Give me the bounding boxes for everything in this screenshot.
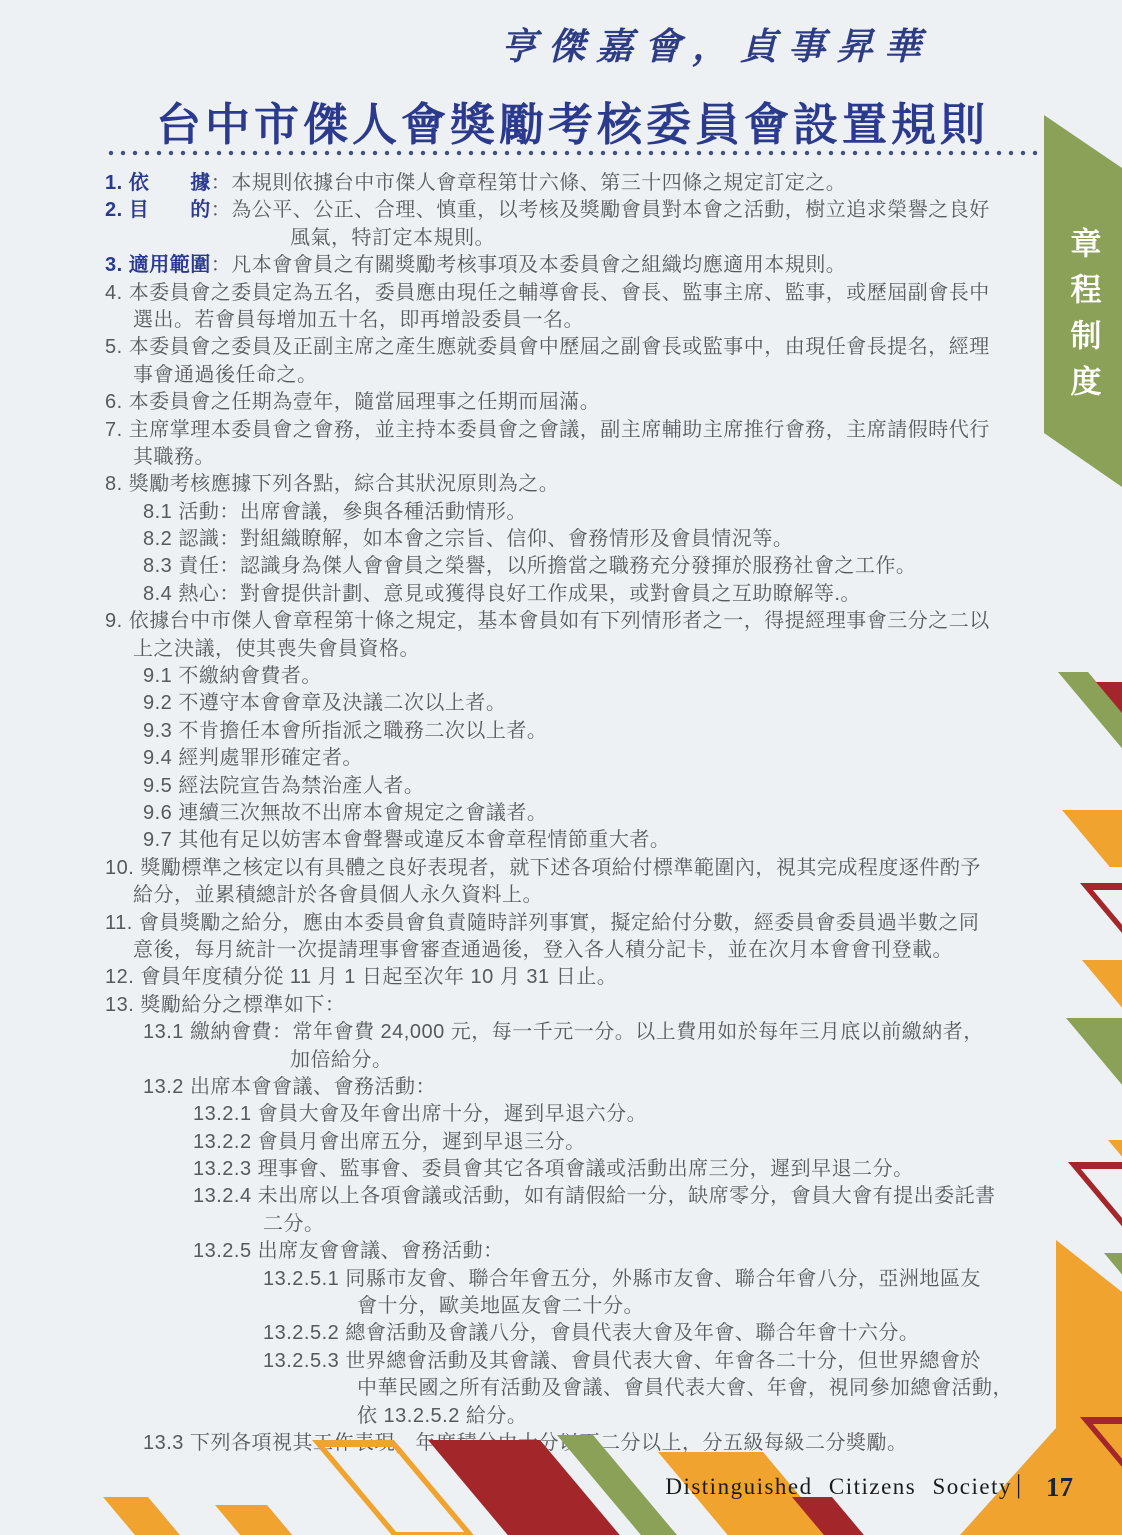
deco-parallelogram-orange bbox=[103, 1497, 182, 1535]
doc-line: 9.4 經判處罪形確定者。 bbox=[105, 745, 1055, 772]
doc-line: 二分。 bbox=[105, 1211, 1055, 1238]
doc-line: 8.3 責任：認識身為傑人會會員之榮譽，以所擔當之職務充分發揮於服務社會之工作。 bbox=[105, 553, 1055, 580]
doc-line: 9.5 經法院宣告為禁治產人者。 bbox=[105, 773, 1055, 800]
doc-line: 13.2.4 未出席以上各項會議或活動，如有請假給一分，缺席零分，會員大會有提出… bbox=[105, 1183, 1055, 1210]
deco-outline-red bbox=[1080, 883, 1122, 936]
deco-outline-red bbox=[1068, 1162, 1122, 1238]
footer-society-name: Distinguished Citizens Society bbox=[665, 1474, 1012, 1500]
doc-line: 依 13.2.5.2 給分。 bbox=[105, 1403, 1055, 1430]
doc-line: 13.2.5.3 世界總會活動及其會議、會員代表大會、年會各二十分，但世界總會於 bbox=[105, 1348, 1055, 1375]
document-page: 亨傑嘉會，貞事昇華 台中市傑人會獎勵考核委員會設置規則 1. 依 據：本規則依據… bbox=[0, 0, 1122, 1535]
doc-line: 會十分，歐美地區友會二十分。 bbox=[105, 1293, 1055, 1320]
doc-line: 13.2.5 出席友會會議、會務活動： bbox=[105, 1238, 1055, 1265]
doc-line: 9.6 連續三次無故不出席本會規定之會議者。 bbox=[105, 800, 1055, 827]
page-title: 台中市傑人會獎勵考核委員會設置規則 bbox=[105, 88, 1040, 153]
doc-line: 13.2.5.1 同縣市友會、聯合年會五分，外縣市友會、聯合年會八分，亞洲地區友 bbox=[105, 1266, 1055, 1293]
doc-line: 13.1 繳納會費：常年會費 24,000 元，每一千元一分。以上費用如於每年三… bbox=[105, 1019, 1055, 1046]
doc-line: 加倍給分。 bbox=[105, 1047, 1055, 1074]
deco-parallelogram-orange bbox=[215, 1505, 294, 1535]
doc-line: 13.2 出席本會會議、會務活動： bbox=[105, 1074, 1055, 1101]
doc-line: 8.1 活動：出席會議，參與各種活動情形。 bbox=[105, 499, 1055, 526]
doc-line: 1. 依 據：本規則依據台中市傑人會章程第廿六條、第三十四條之規定訂定之。 bbox=[105, 170, 1055, 197]
doc-line: 2. 目 的：為公平、公正、合理、慎重，以考核及獎勵會員對本會之活動，樹立追求榮… bbox=[105, 197, 1055, 224]
page-number: 17 bbox=[1046, 1472, 1073, 1503]
deco-parallelogram-orange bbox=[1062, 810, 1122, 867]
doc-line: 6. 本委員會之任期為壹年，隨當屆理事之任期而屆滿。 bbox=[105, 389, 1055, 416]
doc-line: 風氣，特訂定本規則。 bbox=[105, 225, 1055, 252]
doc-line: 11. 會員獎勵之給分，應由本委員會負責隨時詳列事實，擬定給付分數，經委員會委員… bbox=[105, 910, 1055, 937]
dotted-divider bbox=[105, 150, 1042, 156]
doc-line: 3. 適用範圍：凡本會會員之有關獎勵考核事項及本委員會之組織均應適用本規則。 bbox=[105, 252, 1055, 279]
doc-line: 9.1 不繳納會費者。 bbox=[105, 663, 1055, 690]
doc-line: 13.2.1 會員大會及年會出席十分，遲到早退六分。 bbox=[105, 1101, 1055, 1128]
doc-line: 意後，每月統計一次提請理事會審查通過後，登入各人積分記卡，並在次月本會會刊登載。 bbox=[105, 937, 1055, 964]
doc-line: 9. 依據台中市傑人會章程第十條之規定，基本會員如有下列情形者之一，得提經理事會… bbox=[105, 608, 1055, 635]
document-body: 1. 依 據：本規則依據台中市傑人會章程第廿六條、第三十四條之規定訂定之。2. … bbox=[105, 170, 1055, 1457]
doc-line: 7. 主席掌理本委員會之會務，並主持本委員會之會議，副主席輔助主席推行會務，主席… bbox=[105, 417, 1055, 444]
doc-line-label: 2. 目 的 bbox=[105, 199, 211, 221]
deco-parallelogram-green bbox=[1066, 1018, 1122, 1086]
doc-line: 10. 獎勵標準之核定以有具體之良好表現者，就下述各項給付標準範圍內，視其完成程… bbox=[105, 855, 1055, 882]
doc-line: 9.7 其他有足以妨害本會聲譽或違反本會章程情節重大者。 bbox=[105, 827, 1055, 854]
doc-line: 事會通過後任命之。 bbox=[105, 362, 1055, 389]
doc-line: 上之決議，使其喪失會員資格。 bbox=[105, 636, 1055, 663]
chapter-banner-label: 章程制度 bbox=[1061, 227, 1106, 411]
doc-line: 其職務。 bbox=[105, 444, 1055, 471]
doc-line: 13.2.3 理事會、監事會、委員會其它各項會議或活動出席三分，遲到早退二分。 bbox=[105, 1156, 1055, 1183]
doc-line: 8.2 認識：對組織瞭解，如本會之宗旨、信仰、會務情形及會員情況等。 bbox=[105, 526, 1055, 553]
doc-line: 5. 本委員會之委員及正副主席之產生應就委員會中歷屆之副會長或監事中，由現任會長… bbox=[105, 334, 1055, 361]
calligraphy-motto: 亨傑嘉會，貞事昇華 bbox=[500, 16, 930, 70]
doc-line-label: 3. 適用範圍 bbox=[105, 254, 211, 276]
doc-line: 12. 會員年度積分從 11 月 1 日起至次年 10 月 31 日止。 bbox=[105, 964, 1055, 991]
doc-line: 中華民國之所有活動及會議、會員代表大會、年會，視同參加總會活動， bbox=[105, 1375, 1055, 1402]
doc-line: 給分，並累積總計於各會員個人永久資料上。 bbox=[105, 882, 1055, 909]
doc-line-label: 1. 依 據 bbox=[105, 172, 211, 194]
doc-line: 13.2.5.2 總會活動及會議八分，會員代表大會及年會、聯合年會十六分。 bbox=[105, 1320, 1055, 1347]
doc-line: 4. 本委員會之委員定為五名，委員應由現任之輔導會長、會長、監事主席、監事，或歷… bbox=[105, 280, 1055, 307]
doc-line: 8.4 熱心：對會提供計劃、意見或獲得良好工作成果，或對會員之互助瞭解等.。 bbox=[105, 581, 1055, 608]
doc-line: 8. 獎勵考核應據下列各點，綜合其狀況原則為之。 bbox=[105, 471, 1055, 498]
deco-parallelogram-orange bbox=[1082, 960, 1122, 1017]
doc-line: 13. 獎勵給分之標準如下： bbox=[105, 992, 1055, 1019]
doc-line: 9.2 不遵守本會會章及決議二次以上者。 bbox=[105, 690, 1055, 717]
doc-line: 選出。若會員每增加五十名，即再增設委員一名。 bbox=[105, 307, 1055, 334]
doc-line: 9.3 不肯擔任本會所指派之職務二次以上者。 bbox=[105, 718, 1055, 745]
doc-line: 13.2.2 會員月會出席五分，遲到早退三分。 bbox=[105, 1129, 1055, 1156]
chapter-banner: 章程制度 bbox=[1044, 115, 1122, 487]
footer-divider: | bbox=[1016, 1470, 1021, 1500]
